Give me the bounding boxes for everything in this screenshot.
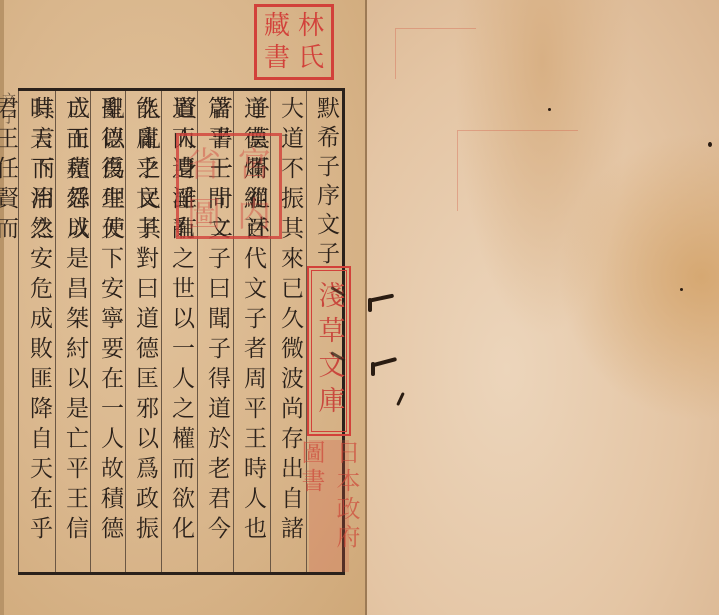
seal-char: 書	[260, 45, 294, 71]
text-column: 聖德復生天下安寧要在一人故積德成王積怨成	[93, 96, 127, 566]
seal-char: 林	[294, 13, 328, 39]
seal-char: 内	[229, 187, 279, 236]
seal-asakusa-bunko: 淺草文庫	[307, 266, 351, 436]
seal-char: 藏	[260, 13, 294, 39]
seal-char: 氏	[294, 45, 328, 71]
right-page	[366, 0, 719, 615]
book-spine-fold	[365, 0, 367, 615]
ink-speck	[548, 108, 551, 111]
ink-speck	[680, 288, 683, 291]
binding-thread	[371, 362, 375, 376]
binding-thread	[368, 298, 372, 312]
text-column: 亡而堯舜以是昌桀紂以是亡平王信其言而用之	[58, 96, 92, 566]
seal-top: 藏 林 書 氏	[254, 4, 334, 80]
seal-char: 圖	[179, 187, 229, 236]
seal-char: 省	[179, 137, 229, 186]
text-column: 能庸乎文子對曰道德匡邪以爲政振亂以爲理使	[128, 96, 162, 566]
text-column: 時天下治然安危成敗匪降自天在乎君王任賢而	[22, 96, 56, 566]
seal-char: 宮	[229, 137, 279, 186]
seal-middle: 省 宮 圖 内	[176, 133, 282, 239]
ghost-ruling	[457, 130, 578, 211]
ink-speck	[708, 142, 712, 147]
ghost-ruling	[395, 28, 476, 79]
seal-long: 日本政府圖書	[309, 440, 349, 572]
